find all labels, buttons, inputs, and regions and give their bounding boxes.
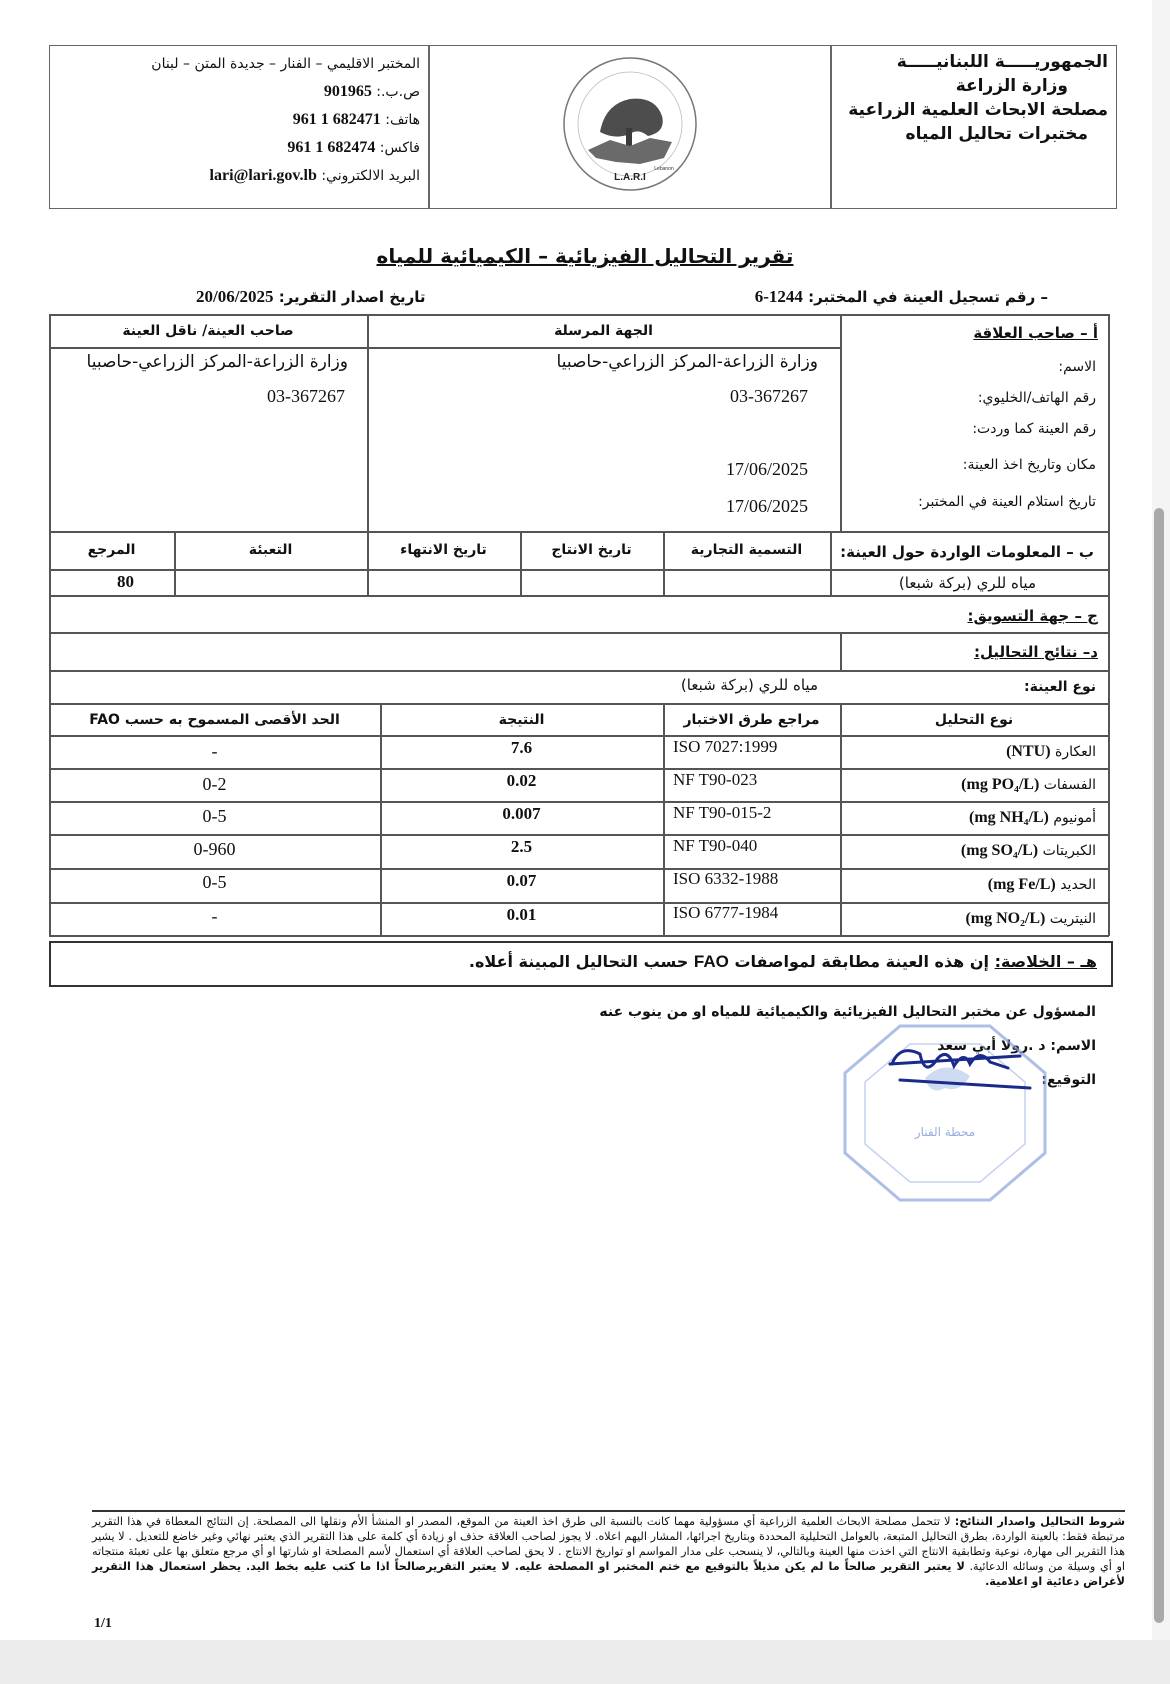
result-value: 0.007	[380, 804, 663, 824]
republic-label: الجمهوريـــــة اللبنانيـــــة	[848, 50, 1108, 74]
analysis-name: النيتريت (mg NO₂/L)	[965, 910, 1096, 928]
email-label: البريد الالكتروني:	[321, 168, 420, 184]
col-sender-header: الجهة المرسلة	[367, 323, 840, 339]
conclusion-box: هـ – الخلاصة: إن هذه العينة مطابقة لمواص…	[49, 941, 1113, 987]
result-value: 7.6	[380, 738, 663, 758]
svg-text:محطة الفنار: محطة الفنار	[914, 1125, 975, 1140]
col-fao-limit: الحد الأقصى المسموح به حسب FAO	[49, 712, 380, 728]
result-value: 0.02	[380, 771, 663, 791]
test-method: NF T90-040	[673, 836, 757, 856]
page-number: 1/1	[94, 1616, 112, 1632]
analysis-name: الفسفات (mg PO₄/L)	[961, 776, 1096, 794]
institute-label: مصلحة الابحاث العلمية الزراعية	[848, 98, 1108, 122]
fax: 961 1 682474	[287, 139, 375, 156]
fao-limit: 0-960	[49, 839, 380, 860]
label-sampling-place-date: مكان وتاريخ اخذ العينة:	[963, 457, 1096, 473]
po-box-label: ص.ب.:	[376, 84, 420, 100]
col-packaging: التعبئة	[174, 542, 367, 558]
analysis-name: الحديد (mg Fe/L)	[988, 876, 1096, 894]
phone: 961 1 682471	[293, 111, 381, 128]
sender-phone: 03-367267	[730, 386, 808, 407]
fao-limit: 0-2	[49, 774, 380, 795]
sample-type-value: مياه للري (بركة شبعا)	[681, 676, 818, 694]
email: lari@lari.gov.lb	[210, 167, 317, 184]
label-phone: رقم الهاتف/الخليوي:	[978, 390, 1096, 406]
conclusion-sentence: إن هذه العينة مطابقة لمواصفات	[734, 952, 989, 971]
col-result: النتيجة	[380, 712, 663, 728]
col-analysis-type: نوع التحليل	[840, 712, 1108, 728]
owner-phone: 03-367267	[267, 386, 345, 407]
analysis-name: أمونيوم (mg NH₄/L)	[969, 809, 1096, 827]
analysis-name: العكارة (NTU)	[1006, 743, 1096, 761]
conclusion-text: هـ – الخلاصة: إن هذه العينة مطابقة لمواص…	[469, 952, 1097, 972]
col-expiry-date: تاريخ الانتهاء	[367, 542, 520, 558]
issue-date-value: 20/06/2025	[196, 287, 273, 306]
terms-divider	[92, 1510, 1125, 1512]
conclusion-label: هـ – الخلاصة:	[995, 952, 1097, 971]
terms-title: شروط التحاليل واصدار النتائج:	[955, 1515, 1125, 1528]
terms-and-conditions: شروط التحاليل واصدار النتائج: لا تتحمل م…	[92, 1514, 1125, 1589]
test-method: ISO 7027:1999	[673, 737, 777, 757]
result-value: 0.01	[380, 905, 663, 925]
result-value: 2.5	[380, 837, 663, 857]
issue-date-label: تاريخ اصدار التقرير:	[279, 288, 426, 306]
lab-address: المختبر الاقليمي – الفنار – جديدة المتن …	[58, 50, 420, 78]
analysis-name: الكبريتات (mg SO₄/L)	[961, 842, 1096, 860]
fao-limit: -	[49, 906, 380, 927]
sample-name: مياه للري (بركة شبعا)	[899, 574, 1036, 592]
fax-label: فاكس:	[380, 140, 420, 156]
col-test-method: مراجع طرق الاختبار	[663, 712, 840, 728]
registration-label: – رقم تسجيل العينة في المختبر:	[808, 288, 1048, 306]
section-d-title: د– نتائج التحاليل:	[974, 643, 1098, 661]
issue-date: تاريخ اصدار التقرير: 20/06/2025	[196, 287, 426, 307]
svg-text:L.A.R.I: L.A.R.I	[614, 172, 646, 183]
phone-label: هاتف:	[385, 112, 420, 128]
owner-name: وزارة الزراعة-المركز الزراعي-حاصبيا	[87, 352, 348, 372]
section-a-title: أ – صاحب العلاقة	[973, 324, 1098, 342]
test-method: NF T90-015-2	[673, 803, 771, 823]
po-box: 901965	[324, 83, 372, 100]
test-method: ISO 6332-1988	[673, 869, 778, 889]
registration-value: 1244-6	[755, 287, 803, 306]
lari-logo-icon: L.A.R.I Lebanon	[560, 54, 700, 194]
col-reference: المرجع	[49, 542, 174, 558]
letterhead: الجمهوريـــــة اللبنانيـــــة وزارة الزر…	[49, 45, 1117, 209]
divider	[428, 46, 430, 208]
section-b-title: ب – المعلومات الواردة حول العينة:	[840, 543, 1094, 561]
sample-type-label: نوع العينة:	[1024, 679, 1096, 695]
test-method: ISO 6777-1984	[673, 903, 778, 923]
scrollbar-thumb[interactable]	[1154, 508, 1164, 1623]
label-receipt-date: تاريخ استلام العينة في المختبر:	[918, 494, 1096, 510]
fao-limit: -	[49, 741, 380, 762]
sender-name: وزارة الزراعة-المركز الزراعي-حاصبيا	[557, 352, 818, 372]
lab-label: مختبرات تحاليل المياه	[848, 122, 1088, 146]
document-page: الجمهوريـــــة اللبنانيـــــة وزارة الزر…	[0, 0, 1158, 1640]
section-c-title: ج – جهة التسويق:	[967, 607, 1098, 625]
col-trade-name: التسمية التجارية	[663, 542, 830, 558]
fao-limit: 0-5	[49, 806, 380, 827]
official-stamp-icon: محطة الفنار	[830, 1018, 1060, 1208]
label-name: الاسم:	[1058, 359, 1096, 375]
col-production-date: تاريخ الانتاج	[520, 542, 663, 558]
svg-text:Lebanon: Lebanon	[654, 166, 674, 172]
col-owner-header: صاحب العينة/ ناقل العينة	[49, 323, 367, 339]
test-method: NF T90-023	[673, 770, 757, 790]
receipt-date: 17/06/2025	[726, 496, 808, 517]
label-sample-number: رقم العينة كما وردت:	[972, 421, 1096, 437]
reference-value: 80	[117, 572, 134, 592]
ministry-label: وزارة الزراعة	[848, 74, 1068, 98]
contact-block: المختبر الاقليمي – الفنار – جديدة المتن …	[58, 50, 420, 190]
report-title: تقرير التحاليل الفيزيائية – الكيميائية ل…	[0, 244, 1170, 268]
ministry-heading: الجمهوريـــــة اللبنانيـــــة وزارة الزر…	[848, 50, 1108, 146]
fao-limit: 0-5	[49, 872, 380, 893]
registration-number: – رقم تسجيل العينة في المختبر: 1244-6	[755, 287, 1048, 307]
divider	[830, 46, 832, 208]
conclusion-sentence-end: حسب التحاليل المبينة أعلاه.	[469, 952, 688, 971]
viewer-background	[0, 1640, 1170, 1684]
conclusion-standard: FAO	[694, 952, 729, 971]
sampling-date: 17/06/2025	[726, 459, 808, 480]
result-value: 0.07	[380, 871, 663, 891]
